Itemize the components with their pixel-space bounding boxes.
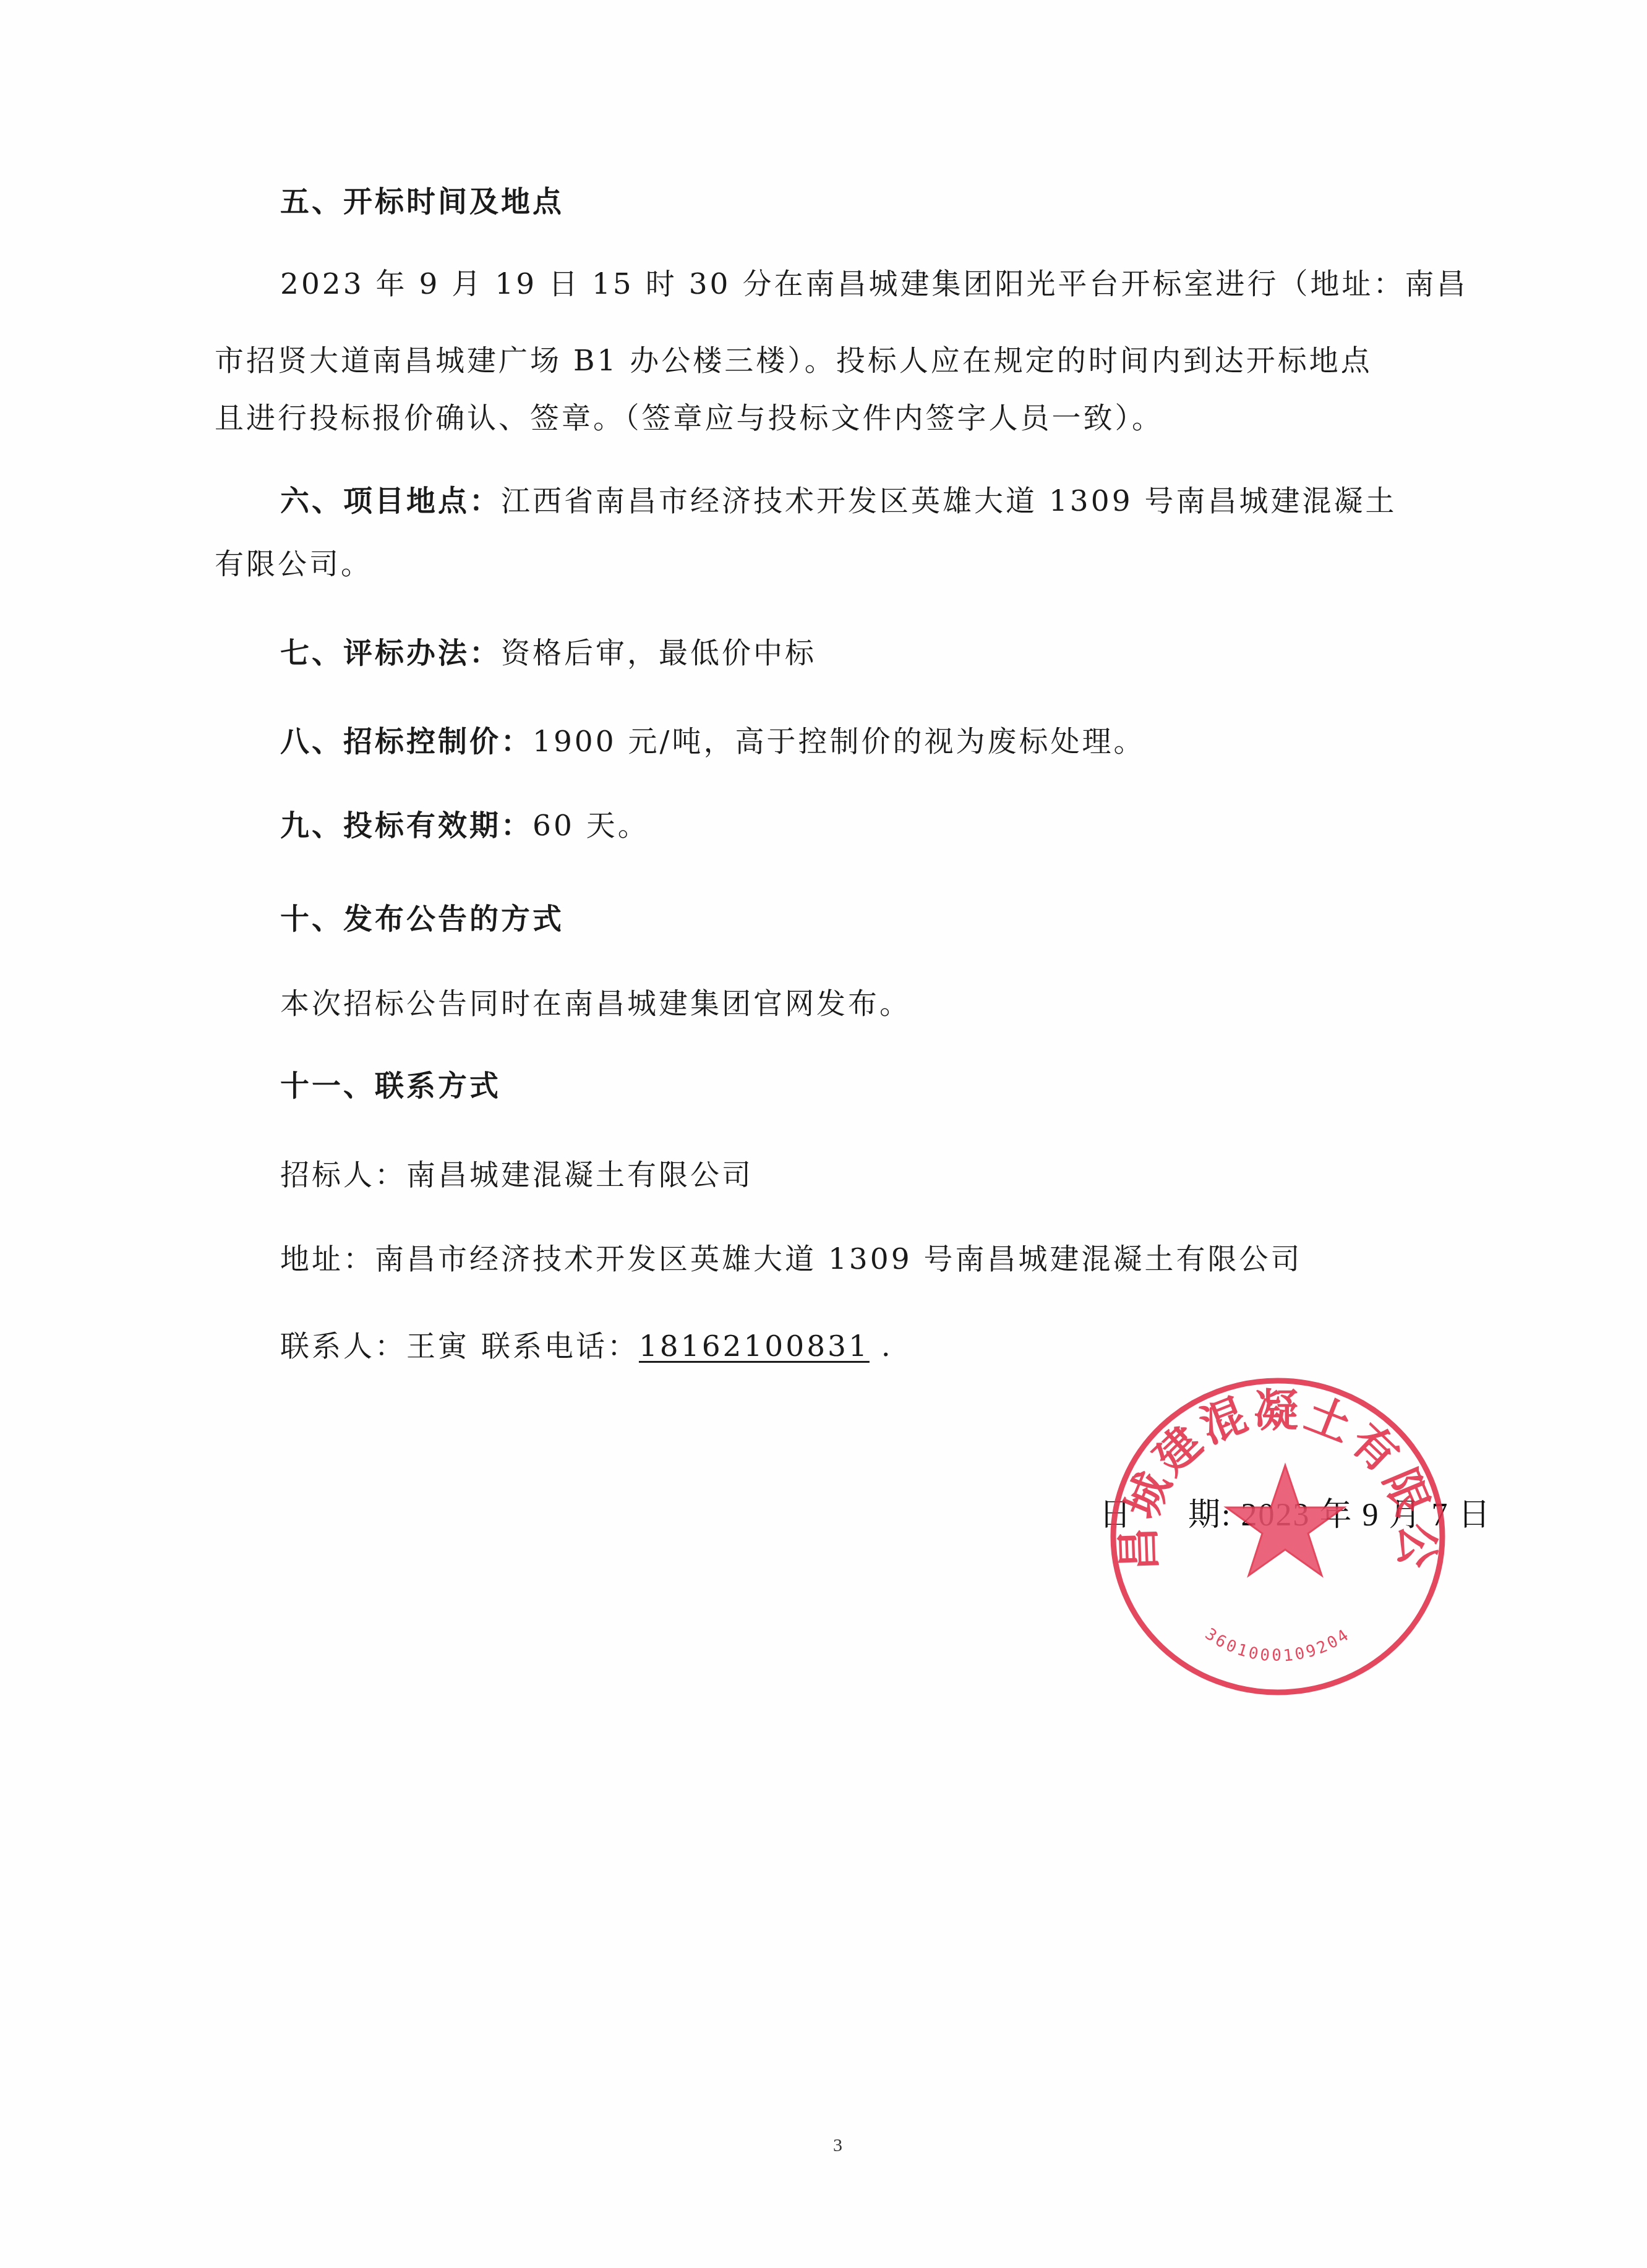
section-label: 七、评标办法： — [280, 636, 501, 670]
section-bid-validity: 九、投标有效期：60 天。 — [280, 808, 649, 845]
document-page: 五、开标时间及地点 2023 年 9 月 19 日 15 时 30 分在南昌城建… — [0, 0, 1647, 2268]
contact-person: 联系人：王寅 联系电话：18162100831 . — [280, 1328, 893, 1365]
address-value: 南昌市经济技术开发区英雄大道 1309 号南昌城建混凝土有限公司 — [375, 1242, 1303, 1276]
section-heading-contact: 十一、联系方式 — [280, 1068, 501, 1105]
tenderer-label: 招标人： — [280, 1158, 406, 1192]
address-label: 地址： — [280, 1242, 375, 1276]
tenderer-value: 南昌城建混凝土有限公司 — [406, 1158, 753, 1192]
company-seal: 南昌城建混凝土有限公司 3601000109204 — [1109, 1376, 1447, 1697]
svg-text:3601000109204: 3601000109204 — [1202, 1625, 1354, 1666]
section-value: 1900 元/吨，高于控制价的视为废标处理。 — [533, 725, 1145, 759]
star-icon — [1226, 1465, 1344, 1575]
section-value: 资格后审，最低价中标 — [501, 636, 816, 670]
section-project-location: 六、项目地点：江西省南昌市经济技术开发区英雄大道 1309 号南昌城建混凝土 — [280, 483, 1397, 520]
section-label: 九、投标有效期： — [280, 809, 533, 843]
paragraph-line: 本次招标公告同时在南昌城建集团官网发布。 — [280, 986, 911, 1023]
phone-number: 18162100831 — [639, 1329, 870, 1363]
paragraph-line: 且进行投标报价确认、签章。（签章应与投标文件内签字人员一致）。 — [215, 400, 1163, 437]
contact-tenderer: 招标人：南昌城建混凝土有限公司 — [280, 1157, 753, 1194]
contact-name: 王寅 — [406, 1329, 469, 1363]
section-label: 六、项目地点： — [280, 484, 501, 518]
section-heading-publication: 十、发布公告的方式 — [280, 901, 564, 938]
seal-serial-number: 3601000109204 — [1202, 1625, 1354, 1666]
contact-address: 地址：南昌市经济技术开发区英雄大道 1309 号南昌城建混凝土有限公司 — [280, 1241, 1303, 1278]
page-number: 3 — [833, 2133, 842, 2158]
paragraph-line: 市招贤大道南昌城建广场 B1 办公楼三楼）。投标人应在规定的时间内到达开标地点 — [215, 343, 1372, 380]
section-value: 60 天。 — [533, 809, 649, 843]
section-evaluation-method: 七、评标办法：资格后审，最低价中标 — [280, 635, 816, 672]
phone-label: 联系电话： — [481, 1329, 639, 1363]
phone-suffix: . — [870, 1329, 893, 1363]
section-value: 江西省南昌市经济技术开发区英雄大道 1309 号南昌城建混凝土 — [501, 484, 1397, 518]
paragraph-line: 有限公司。 — [215, 546, 372, 583]
section-heading-opening-time: 五、开标时间及地点 — [280, 184, 564, 221]
contact-label: 联系人： — [280, 1329, 406, 1363]
section-control-price: 八、招标控制价：1900 元/吨，高于控制价的视为废标处理。 — [280, 723, 1145, 761]
section-label: 八、招标控制价： — [280, 725, 533, 759]
paragraph-line: 2023 年 9 月 19 日 15 时 30 分在南昌城建集团阳光平台开标室进… — [280, 266, 1468, 303]
